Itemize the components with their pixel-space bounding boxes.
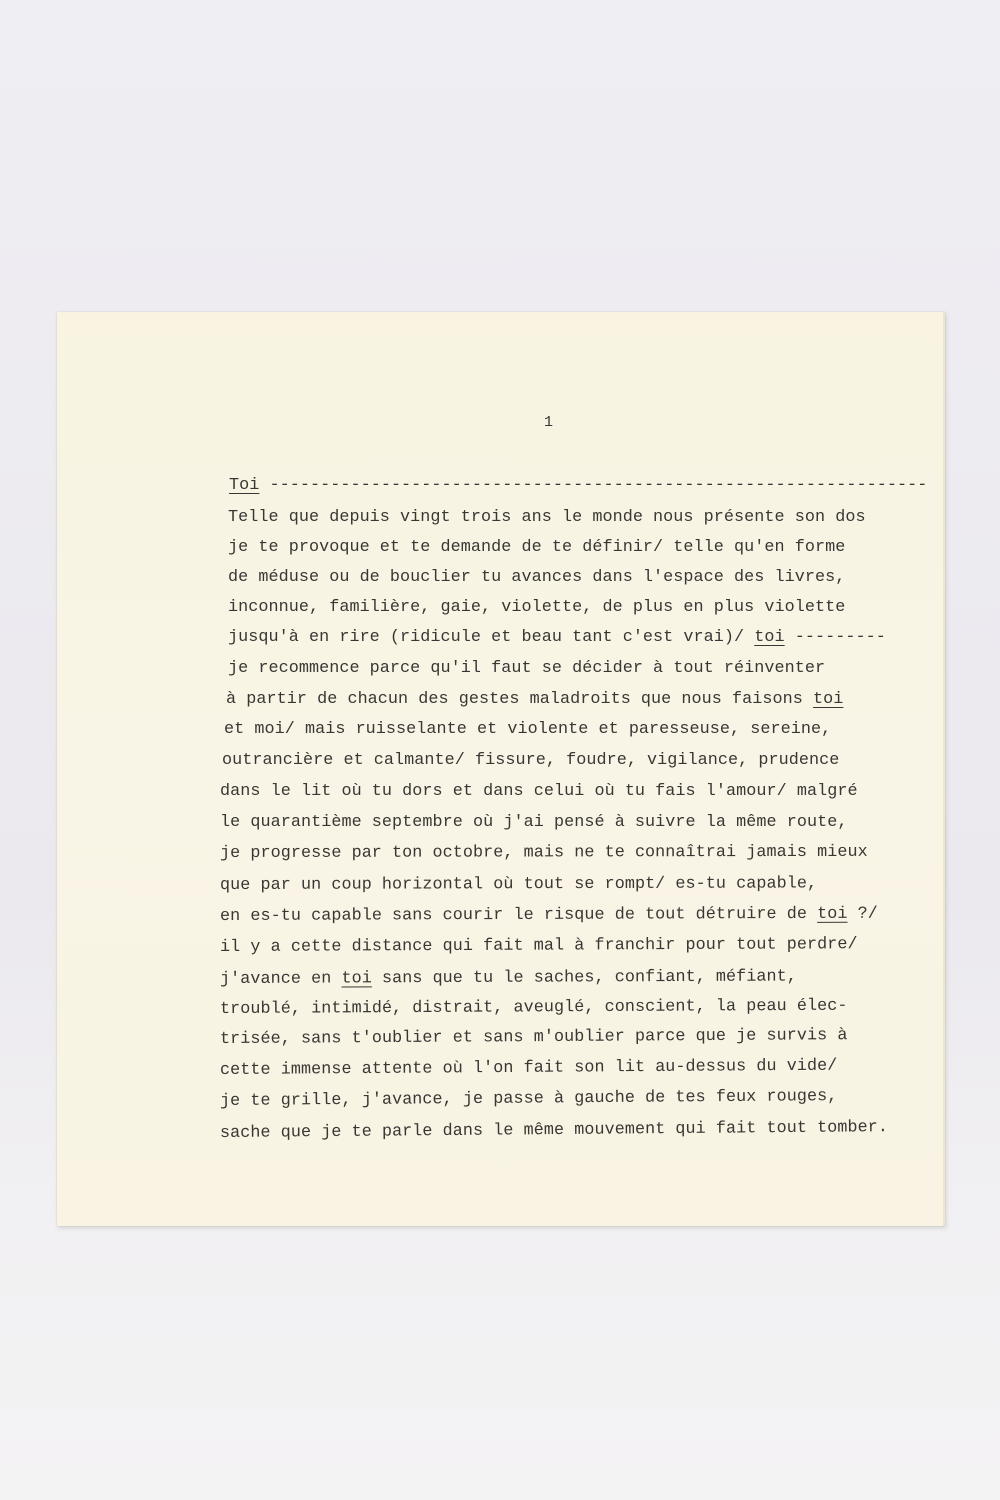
line-text: je te provoque et te demande de te défin… xyxy=(228,538,845,557)
poem-line: en es-tu capable sans courir le risque d… xyxy=(220,905,878,926)
poem-line: dans le lit où tu dors et dans celui où … xyxy=(220,782,858,801)
line-text: le quarantième septembre où j'ai pensé à… xyxy=(220,813,847,832)
line-text: il y a cette distance qui fait mal à fra… xyxy=(220,935,858,957)
underlined-word: toi xyxy=(341,969,371,988)
poem-line: de méduse ou de bouclier tu avances dans… xyxy=(228,568,845,587)
line-text: Telle que depuis vingt trois ans le mond… xyxy=(228,508,866,527)
line-text: à partir de chacun des gestes maladroits… xyxy=(226,690,813,709)
poem-line: il y a cette distance qui fait mal à fra… xyxy=(220,935,858,957)
line-text-continued: ?/ xyxy=(847,905,877,924)
poem-line: je progresse par ton octobre, mais ne te… xyxy=(220,843,868,863)
poem-line: et moi/ mais ruisselante et violente et … xyxy=(224,720,831,739)
underlined-word: toi xyxy=(817,905,847,924)
line-text: en es-tu capable sans courir le risque d… xyxy=(220,905,817,926)
heading-word: Toi xyxy=(229,476,259,495)
line-text: dans le lit où tu dors et dans celui où … xyxy=(220,782,858,801)
poem-line: Telle que depuis vingt trois ans le mond… xyxy=(228,508,866,527)
poem-line: jusqu'à en rire (ridicule et beau tant c… xyxy=(228,628,886,647)
line-text: inconnue, familière, gaie, violette, de … xyxy=(228,598,845,617)
line-text: que par un coup horizontal où tout se ro… xyxy=(220,874,817,895)
poem-line: j'avance en toi sans que tu le saches, c… xyxy=(220,967,797,989)
line-text: j'avance en xyxy=(220,969,342,989)
poem-line: je recommence parce qu'il faut se décide… xyxy=(228,659,825,678)
poem-line: trisée, sans t'oublier et sans m'oublier… xyxy=(220,1026,848,1049)
poem-line: troublé, intimidé, distrait, aveuglé, co… xyxy=(220,997,848,1019)
line-text-continued: sans que tu le saches, confiant, méfiant… xyxy=(372,967,797,988)
poem-line: inconnue, familière, gaie, violette, de … xyxy=(228,598,845,617)
poem-line: outrancière et calmante/ fissure, foudre… xyxy=(222,751,839,770)
line-text: je progresse par ton octobre, mais ne te… xyxy=(220,843,868,863)
heading-dash-rule: ----------------------------------------… xyxy=(259,476,927,495)
line-text: jusqu'à en rire (ridicule et beau tant c… xyxy=(228,628,754,647)
underlined-word: toi xyxy=(754,628,784,647)
poem-line: que par un coup horizontal où tout se ro… xyxy=(220,874,817,895)
line-text: et moi/ mais ruisselante et violente et … xyxy=(224,720,831,739)
poem-line: à partir de chacun des gestes maladroits… xyxy=(226,690,843,709)
heading-line: Toi ------------------------------------… xyxy=(229,476,927,495)
line-text: de méduse ou de bouclier tu avances dans… xyxy=(228,568,845,587)
line-text: troublé, intimidé, distrait, aveuglé, co… xyxy=(220,997,848,1019)
page-number: 1 xyxy=(544,414,553,431)
poem-line: je te provoque et te demande de te défin… xyxy=(228,538,845,557)
line-text: outrancière et calmante/ fissure, foudre… xyxy=(222,751,839,770)
poem-line: le quarantième septembre où j'ai pensé à… xyxy=(220,813,847,832)
line-text: trisée, sans t'oublier et sans m'oublier… xyxy=(220,1026,848,1049)
line-text: je recommence parce qu'il faut se décide… xyxy=(228,659,825,678)
line-text-continued: --------- xyxy=(785,628,886,647)
underlined-word: toi xyxy=(813,690,843,709)
